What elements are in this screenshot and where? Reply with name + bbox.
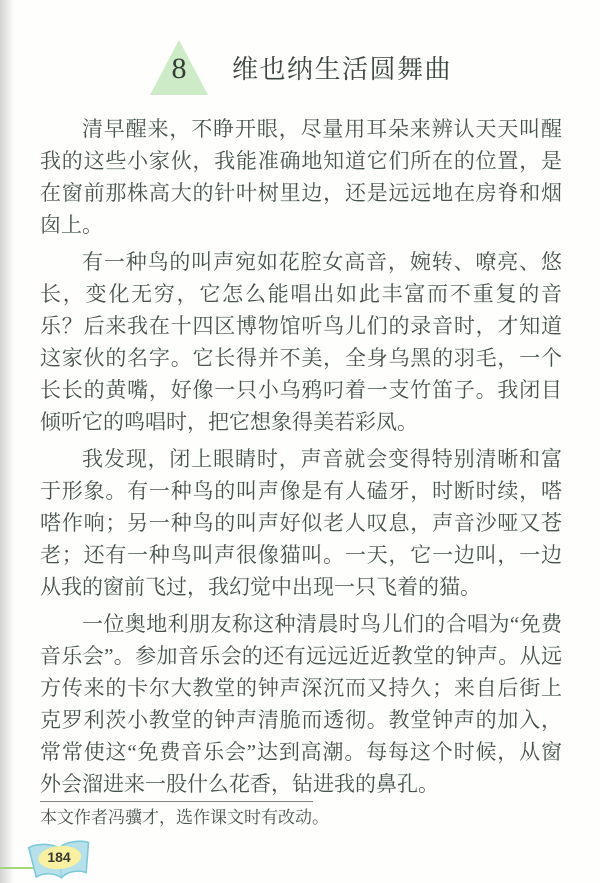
footnote-text: 本文作者冯骥才，选作课文时有改动。 (40, 807, 560, 829)
page-number: 184 (47, 849, 71, 865)
paragraph-3: 我发现，闭上眼睛时，声音就会变得特别清晰和富于形象。有一种鸟的叫声像是有人磕牙，… (40, 443, 562, 603)
lesson-number-badge: 8 (150, 40, 208, 95)
paragraph-2: 有一种鸟的叫声宛如花腔女高音，婉转、嘹亮、悠长，变化无穷，它怎么能唱出如此丰富而… (40, 246, 562, 438)
lesson-title: 维也纳生活圆舞曲 (232, 49, 452, 86)
page-edge-shadow (0, 0, 14, 883)
open-book-icon: 184 (26, 840, 94, 883)
footnote-divider (40, 801, 313, 802)
paragraph-1: 清早醒来，不睁开眼，尽量用耳朵来辨认天天叫醒我的这些小家伙，我能准确地知道它们所… (40, 113, 562, 241)
lesson-number: 8 (150, 54, 208, 84)
paragraph-4: 一位奥地利朋友称这种清晨时鸟儿们的合唱为“免费音乐会”。参加音乐会的还有远远近近… (40, 608, 562, 800)
lesson-body: 清早醒来，不睁开眼，尽量用耳朵来辨认天天叫醒我的这些小家伙，我能准确地知道它们所… (40, 113, 562, 805)
lesson-header: 8 维也纳生活圆舞曲 (150, 40, 452, 95)
